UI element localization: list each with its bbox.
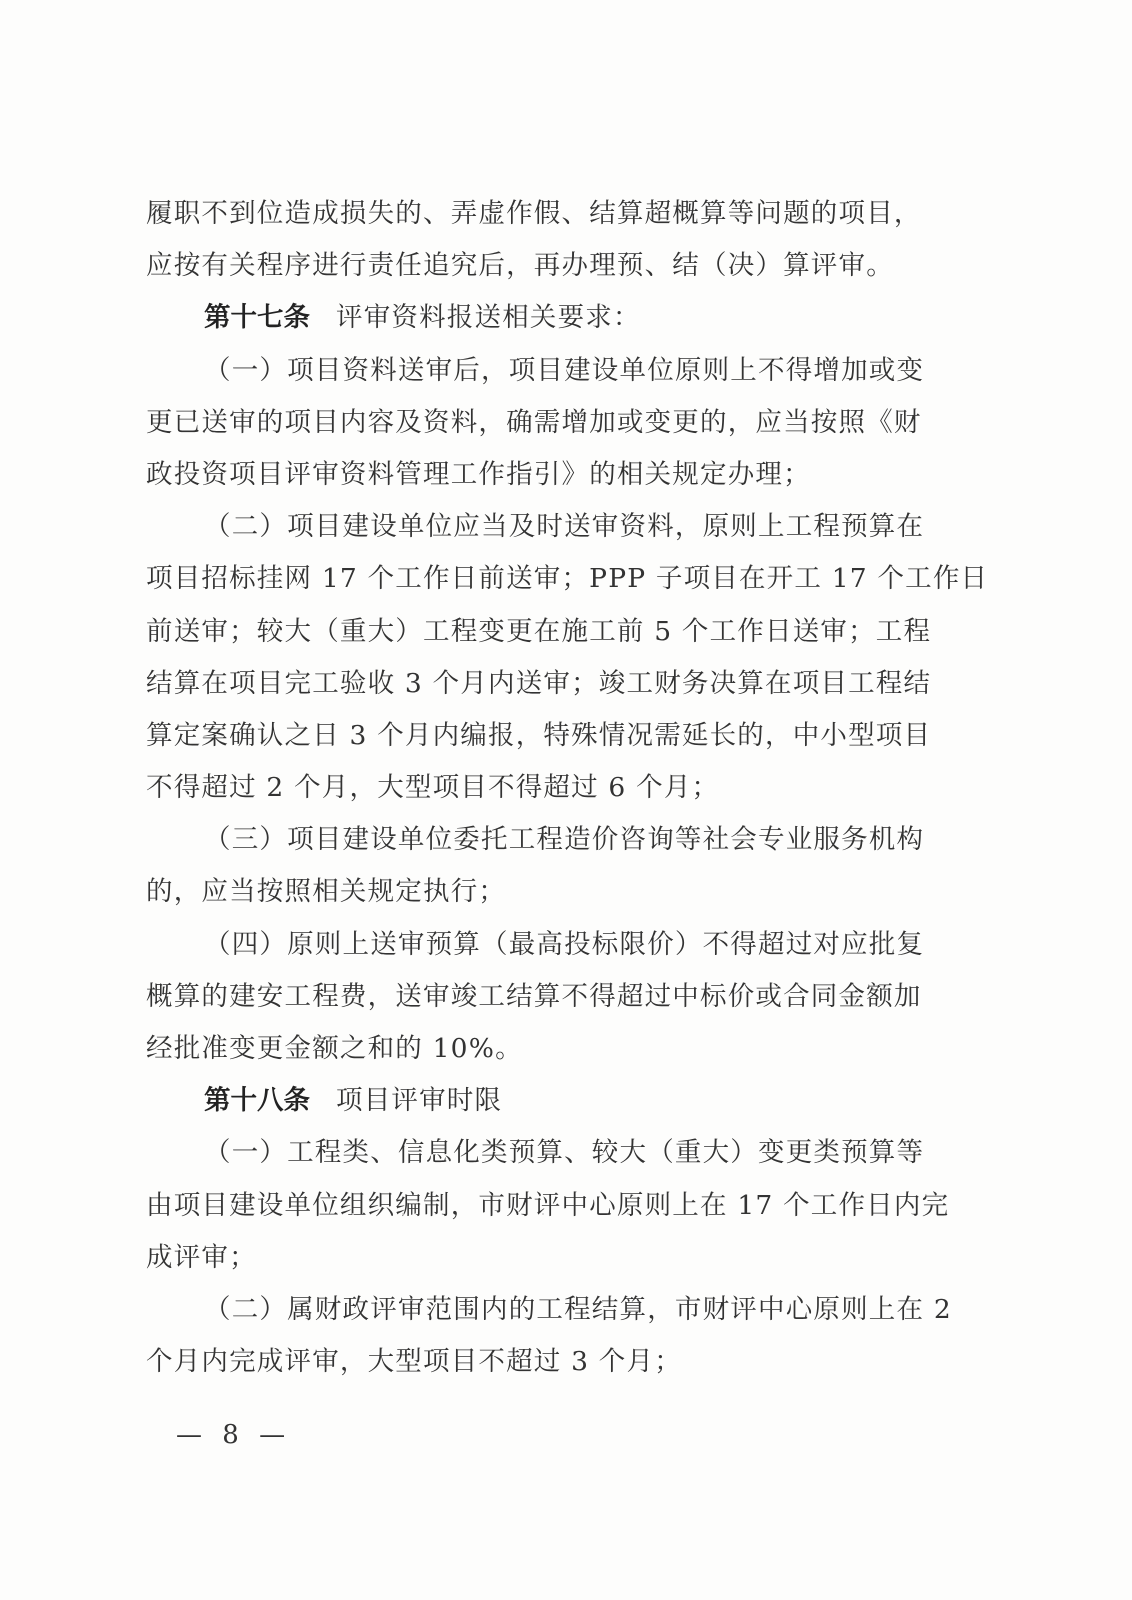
article-17-clause-2-line: 算定案确认之日 3 个月内编报，特殊情况需延长的，中小型项目 bbox=[146, 710, 966, 762]
article-17-clause-2-line: 结算在项目完工验收 3 个月内送审；竣工财务决算在项目工程结 bbox=[146, 658, 966, 710]
paragraph-line: 履职不到位造成损失的、弄虚作假、结算超概算等问题的项目， bbox=[146, 188, 966, 240]
article-18-heading-line: 第十八条项目评审时限 bbox=[146, 1075, 966, 1127]
article-17-clause-4-line: 经批准变更金额之和的 10%。 bbox=[146, 1023, 966, 1075]
article-18-clause-1-line: 成评审； bbox=[146, 1232, 966, 1284]
scan-speck bbox=[542, 1213, 544, 1215]
article-18-clause-1-line: （一）工程类、信息化类预算、较大（重大）变更类预算等 bbox=[146, 1127, 966, 1179]
article-17-clause-2-line: 项目招标挂网 17 个工作日前送审；PPP 子项目在开工 17 个工作日 bbox=[146, 553, 966, 605]
article-18-number: 第十八条 bbox=[204, 1085, 310, 1116]
document-body: 履职不到位造成损失的、弄虚作假、结算超概算等问题的项目， 应按有关程序进行责任追… bbox=[146, 188, 966, 1388]
article-17-clause-2-line: 不得超过 2 个月，大型项目不得超过 6 个月； bbox=[146, 762, 966, 814]
article-17-clause-1-line: （一）项目资料送审后，项目建设单位原则上不得增加或变 bbox=[146, 345, 966, 397]
article-17-clause-1-line: 政投资项目评审资料管理工作指引》的相关规定办理； bbox=[146, 449, 966, 501]
paragraph-line: 应按有关程序进行责任追究后，再办理预、结（决）算评审。 bbox=[146, 240, 966, 292]
article-17-clause-1-line: 更已送审的项目内容及资料，确需增加或变更的，应当按照《财 bbox=[146, 397, 966, 449]
article-17-clause-4-line: 概算的建安工程费，送审竣工结算不得超过中标价或合同金额加 bbox=[146, 971, 966, 1023]
document-page: 履职不到位造成损失的、弄虚作假、结算超概算等问题的项目， 应按有关程序进行责任追… bbox=[0, 0, 1132, 1600]
article-18-clause-1-line: 由项目建设单位组织编制，市财评中心原则上在 17 个工作日内完 bbox=[146, 1180, 966, 1232]
article-18-clause-2-line: （二）属财政评审范围内的工程结算，市财评中心原则上在 2 bbox=[146, 1284, 966, 1336]
scan-speck bbox=[352, 1213, 354, 1215]
article-17-clause-2-line: 前送审；较大（重大）工程变更在施工前 5 个工作日送审；工程 bbox=[146, 606, 966, 658]
page-number: — 8 — bbox=[176, 1420, 291, 1450]
article-17-title: 评审资料报送相关要求： bbox=[336, 302, 641, 333]
article-18-clause-2-line: 个月内完成评审，大型项目不超过 3 个月； bbox=[146, 1336, 966, 1388]
article-17-clause-2-line: （二）项目建设单位应当及时送审资料，原则上工程预算在 bbox=[146, 501, 966, 553]
article-17-clause-4-line: （四）原则上送审预算（最高投标限价）不得超过对应批复 bbox=[146, 919, 966, 971]
article-18-title: 项目评审时限 bbox=[336, 1085, 502, 1116]
article-17-number: 第十七条 bbox=[204, 302, 310, 333]
article-17-heading-line: 第十七条评审资料报送相关要求： bbox=[146, 292, 966, 344]
article-17-clause-3-line: 的，应当按照相关规定执行； bbox=[146, 866, 966, 918]
article-17-clause-3-line: （三）项目建设单位委托工程造价咨询等社会专业服务机构 bbox=[146, 814, 966, 866]
scan-speck bbox=[402, 1213, 404, 1215]
